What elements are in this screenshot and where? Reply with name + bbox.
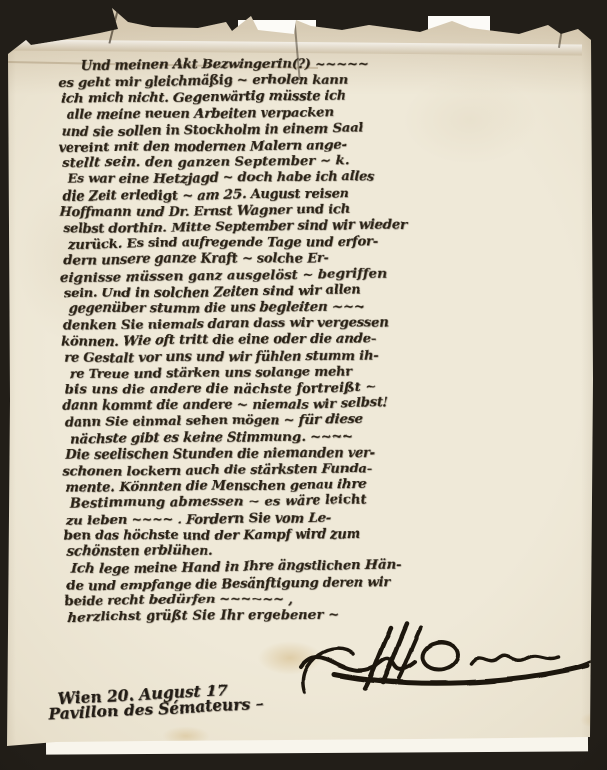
- paper-crease: [10, 40, 582, 56]
- handwritten-line: Und meinen Akt Bezwingerin(?) ~~~~~: [81, 55, 549, 74]
- paper-tear-crack: [108, 6, 119, 43]
- handwritten-line: alle meine neuen Arbeiten verpacken: [67, 104, 550, 124]
- handwritten-line: Die seelischen Stunden die niemanden ver…: [65, 444, 553, 464]
- scan-background: Und meinen Akt Bezwingerin(?) ~~~~~es ge…: [0, 0, 607, 770]
- handwritten-line: re Gestalt vor uns und wir fühlen stumm …: [64, 347, 552, 367]
- handwritten-line: Hoffmann und Dr. Ernst Wagner und ich: [60, 201, 551, 221]
- handwritten-line: beide recht bedürfen ~~~~~~ ,: [64, 590, 555, 610]
- paper-tear-crack: [558, 22, 564, 48]
- dateline-block: Wien 20. August 17 Pavillon des Sémateur…: [57, 680, 264, 723]
- signature: [295, 610, 595, 714]
- handwritten-line: gegenüber stumm die uns begleiten ~~~: [69, 298, 552, 318]
- signature-ink: [295, 610, 595, 714]
- letter-sheet: Und meinen Akt Bezwingerin(?) ~~~~~es ge…: [0, 0, 607, 770]
- handwriting-block: Und meinen Akt Bezwingerin(?) ~~~~~es ge…: [61, 54, 555, 626]
